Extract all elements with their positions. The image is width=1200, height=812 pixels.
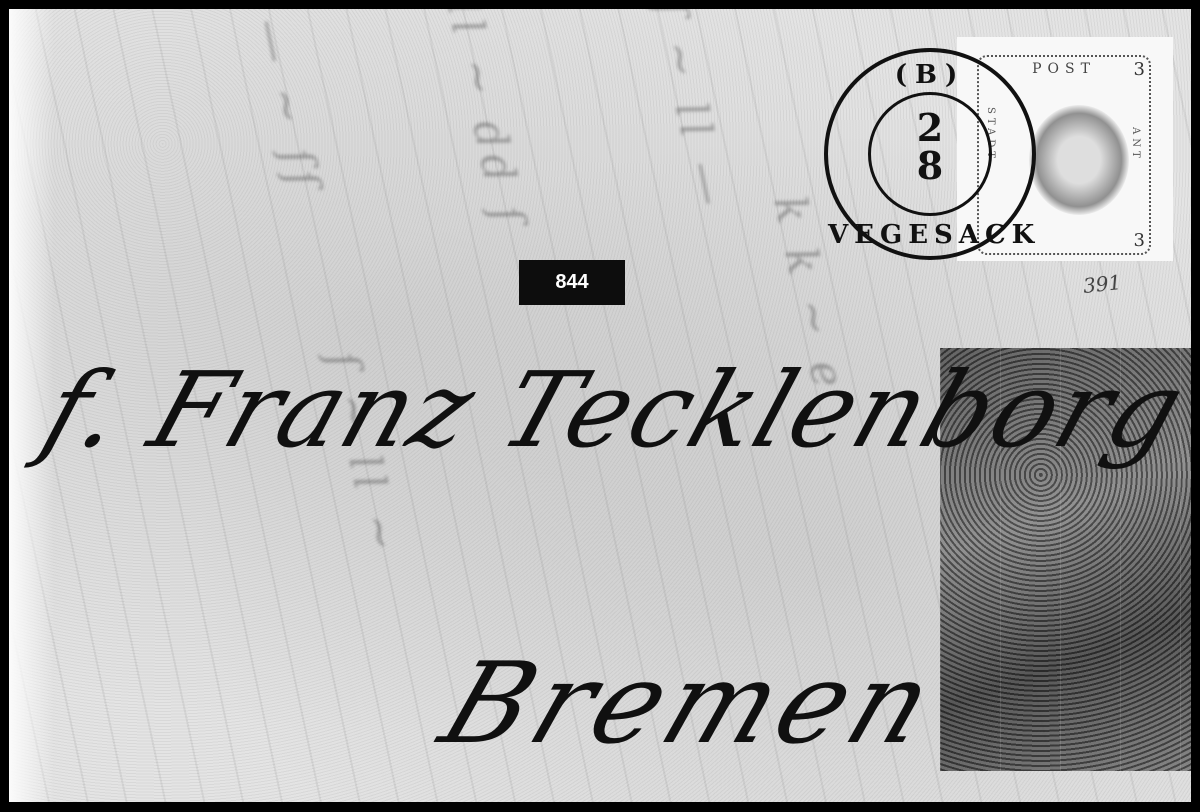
postmark-date-ring: 2 8 (868, 92, 992, 216)
letter-cover: ſſ — ~ ſſ ll ~ dd ſ ſſ ~ ll — k k ~ e ſ … (9, 9, 1191, 802)
paper-edge-highlight (9, 9, 54, 802)
address-line-city: Bremen (425, 639, 955, 769)
bleed-through-writing: ſſ ~ ll — (638, 9, 737, 216)
catalog-number-label: 844 (519, 260, 625, 305)
stamp-corner-value: 3 (1134, 59, 1145, 80)
stamp-corner-value: 3 (1134, 230, 1145, 251)
postmark-month: 8 (871, 147, 989, 185)
postmark-day: 2 (871, 109, 989, 147)
bleed-through-writing: ſſ — ~ ſſ (230, 9, 330, 198)
pencil-annotation: 391 (1082, 270, 1122, 298)
postmark-top: (B) (828, 60, 1032, 90)
bleed-through-writing: ll ~ dd ſ (437, 9, 535, 234)
stamp-seal-emblem (1029, 105, 1129, 215)
postmark-town: VEGESACK (828, 220, 1032, 250)
postmark: (B) 2 8 VEGESACK (824, 48, 1036, 260)
stamp-side-text: ANT (1130, 127, 1141, 162)
image-border: ſſ — ~ ſſ ll ~ dd ſ ſſ ~ ll — k k ~ e ſ … (0, 0, 1200, 812)
address-line-recipient: f. Franz Tecklenborg (29, 349, 1191, 471)
